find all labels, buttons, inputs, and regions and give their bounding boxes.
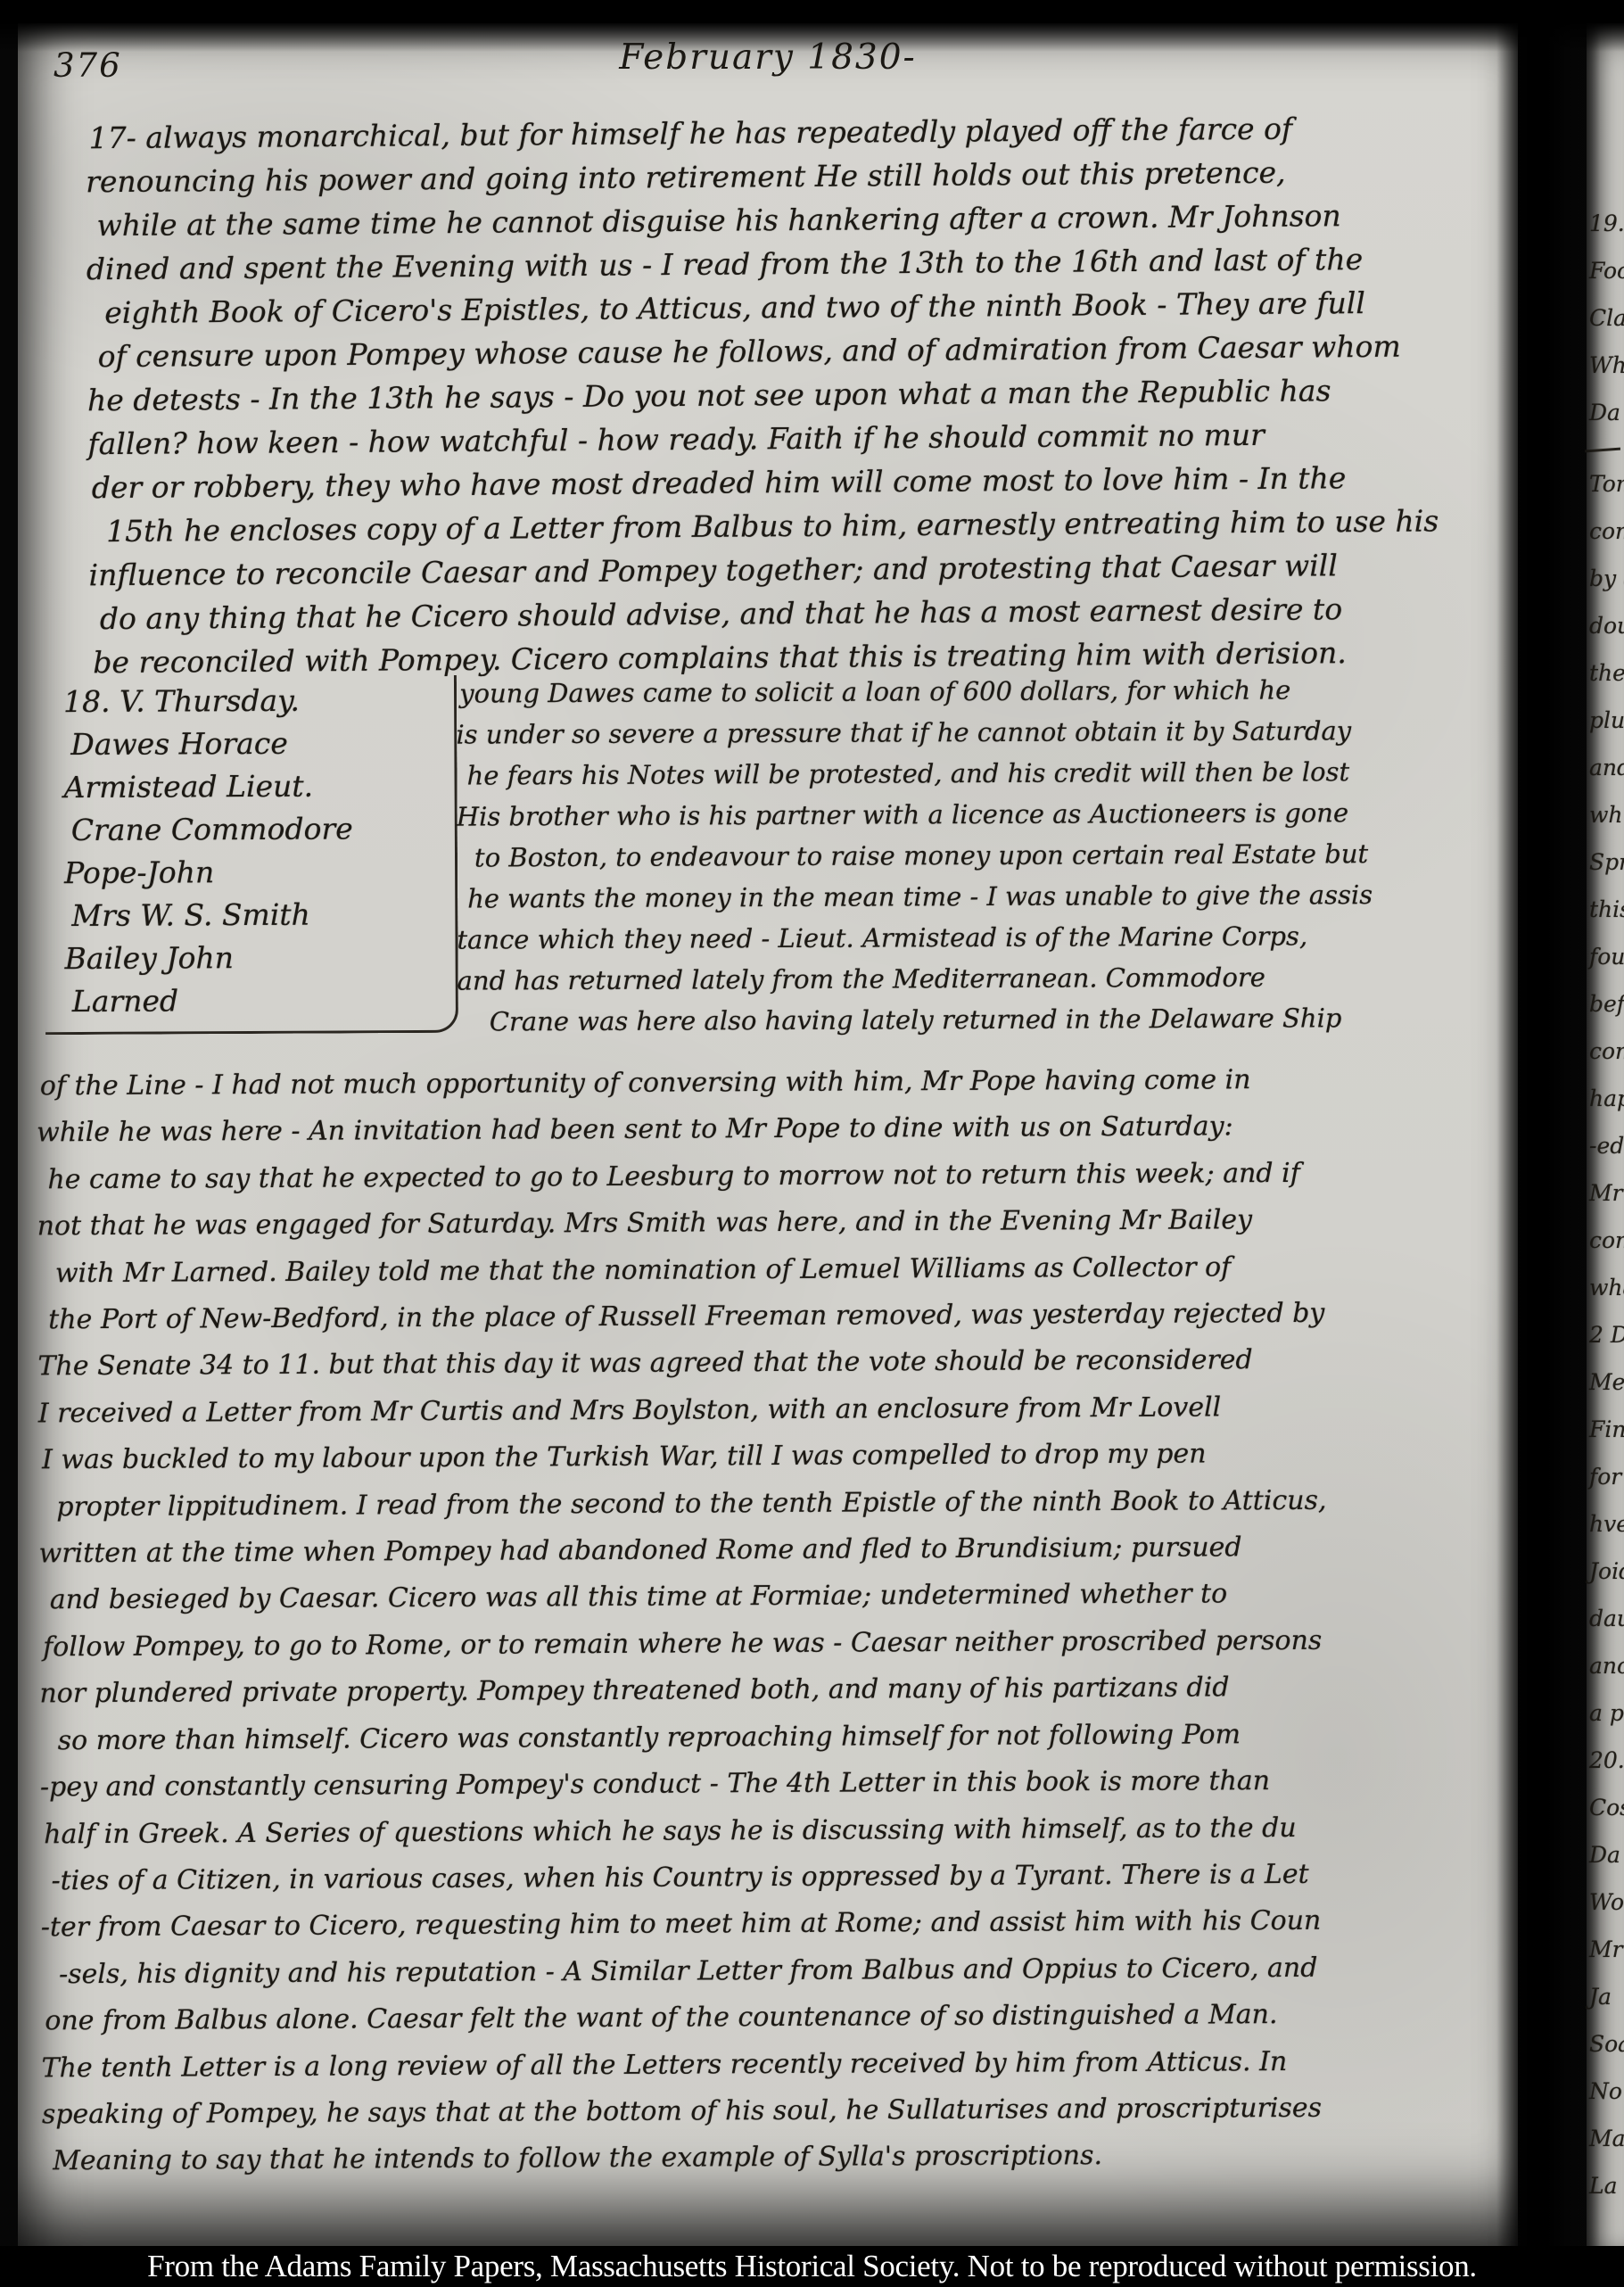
manuscript-line: -ter from Caesar to Cicero, requesting h…: [41, 1897, 1513, 1952]
scan-top-border: [0, 0, 1624, 52]
manuscript-line: and has returned lately from the Mediter…: [458, 955, 1519, 1001]
entry-18-paragraph: young Dawes came to solicit a loan of 60…: [456, 668, 1519, 1042]
manuscript-line: tance which they need - Lieut. Armistead…: [457, 914, 1518, 960]
attribution-text: From the Adams Family Papers, Massachuse…: [147, 2249, 1477, 2284]
manuscript-line: written at the time when Pompey had aban…: [38, 1523, 1510, 1578]
manuscript-line: young Dawes came to solicit a loan of 60…: [459, 668, 1517, 714]
manuscript-line: Meaning to say that he intends to follow…: [53, 2131, 1513, 2185]
manuscript-line: and besieged by Caesar. Cicero was all t…: [50, 1570, 1511, 1624]
book-gutter: [1496, 0, 1600, 2248]
entry-18-date: 18. V. Thursday.: [63, 679, 454, 723]
visitor-name: Larned: [72, 978, 456, 1023]
manuscript-line: he came to say that he expected to go to…: [47, 1150, 1508, 1204]
manuscript-line: The Senate 34 to 11. but that this day i…: [37, 1336, 1509, 1391]
manuscript-line: is under so severe a pressure that if he…: [456, 709, 1517, 755]
manuscript-line: not that he was engaged for Saturday. Mr…: [37, 1196, 1509, 1251]
visitor-name: Crane Commodore: [71, 807, 455, 852]
attribution-bar: From the Adams Family Papers, Massachuse…: [0, 2246, 1624, 2287]
manuscript-line: he fears his Notes will be protested, an…: [467, 750, 1518, 796]
diary-page: 376 February 1830- 17- always monarchica…: [18, 23, 1518, 2246]
manuscript-line: nor plundered private property. Pompey t…: [39, 1664, 1511, 1718]
manuscript-line: of the Line - I had not much opportunity…: [40, 1056, 1508, 1110]
manuscript-line: His brother who is his partner with a li…: [457, 791, 1518, 837]
manuscript-line: while he was here - An invitation had be…: [37, 1102, 1508, 1157]
manuscript-line: one from Balbus alone. Caesar felt the w…: [45, 1991, 1513, 2045]
manuscript-line: I received a Letter from Mr Curtis and M…: [38, 1383, 1510, 1438]
visitor-name: Pope-John: [64, 850, 455, 895]
manuscript-line: -sels, his dignity and his reputation - …: [59, 1944, 1513, 1998]
manuscript-line: I was buckled to my labour upon the Turk…: [42, 1430, 1510, 1484]
manuscript-line: -ties of a Citizen, in various cases, wh…: [51, 1851, 1512, 1905]
visitor-name: Bailey John: [64, 936, 455, 980]
entry-18-body-paragraph: of the Line - I had not much opportunity…: [37, 1056, 1514, 2185]
manuscript-line: The tenth Letter is a long review of all…: [41, 2037, 1513, 2092]
manuscript-line: with Mr Larned. Bailey told me that the …: [55, 1243, 1509, 1297]
entry-18-visitor-list: 18. V. Thursday. Dawes Horace Armistead …: [44, 675, 458, 1035]
manuscript-line: the Port of New-Bedford, in the place of…: [48, 1290, 1509, 1344]
manuscript-line: to Boston, to endeavour to raise money u…: [474, 832, 1518, 878]
manuscript-line: Crane was here also having lately return…: [490, 996, 1519, 1042]
visitor-name: Armistead Lieut.: [63, 764, 454, 809]
entry-17-paragraph: 17- always monarchical, but for himself …: [86, 105, 1508, 684]
manuscript-line: half in Greek. A Series of questions whi…: [44, 1804, 1512, 1858]
manuscript-line: he wants the money in the mean time - I …: [467, 873, 1518, 919]
visitor-name: Dawes Horace: [70, 722, 454, 766]
manuscript-line: -pey and constantly censuring Pompey's c…: [40, 1757, 1512, 1812]
manuscript-line: follow Pompey, to go to Rome, or to rema…: [43, 1617, 1511, 1672]
manuscript-line: speaking of Pompey, he says that at the …: [42, 2085, 1513, 2139]
manuscript-line: so more than himself. Cicero was constan…: [58, 1710, 1512, 1764]
manuscript-line: propter lippitudinem. I read from the se…: [56, 1476, 1510, 1531]
visitor-name: Mrs W. S. Smith: [71, 893, 455, 937]
scanned-diary-document: 376 February 1830- 17- always monarchica…: [0, 0, 1624, 2287]
